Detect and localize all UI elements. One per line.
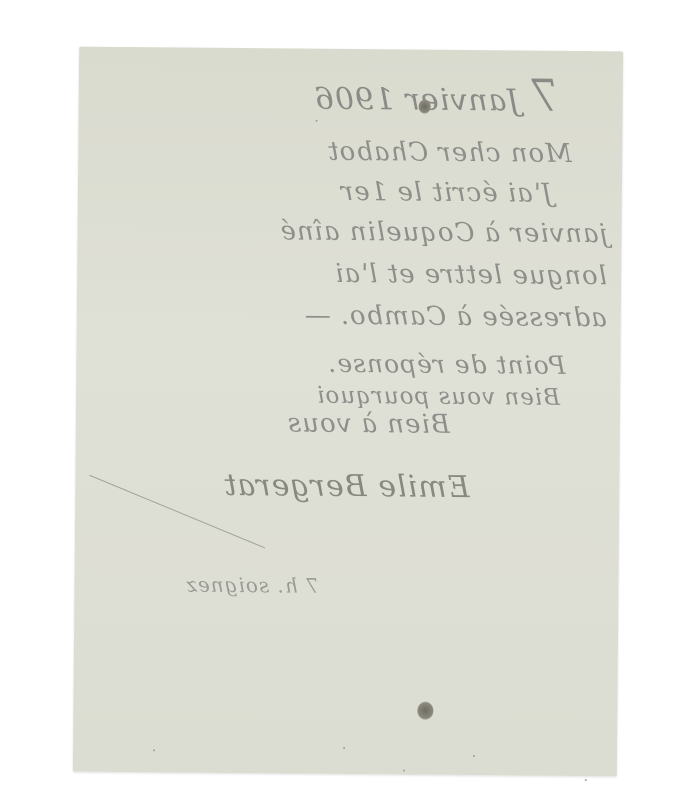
paper-speck — [153, 749, 155, 751]
date-day: 7 — [530, 71, 559, 122]
ink-blot-top — [419, 100, 431, 114]
pencil-note: 7 h. soignez — [185, 573, 319, 598]
photo-stage: 7 Janvier 1906 Mon cher Chabot J'ai écri… — [0, 0, 700, 800]
body-line: Point de réponse. — [327, 349, 565, 380]
date-month-year: Janvier 1906 — [313, 82, 519, 119]
paper-speck — [343, 747, 345, 749]
body-line: Bien vous pourquoi — [316, 383, 560, 411]
letter-paper: 7 Janvier 1906 Mon cher Chabot J'ai écri… — [73, 47, 623, 777]
body-line: janvier à Coquelin aîné — [279, 216, 607, 249]
salutation-line: Mon cher Chabot — [328, 137, 573, 169]
signature: Emile Bergerat — [223, 468, 470, 505]
paper-speck — [473, 755, 475, 757]
paper-speck — [585, 779, 587, 781]
paper-speck — [403, 769, 405, 771]
letter-date: 7 Janvier 1906 — [313, 69, 559, 122]
paper-speck — [316, 120, 318, 122]
body-line: J'ai écrit le 1er — [339, 177, 552, 209]
body-line: longue lettre et l'ai — [334, 259, 607, 291]
paper-speck — [518, 227, 520, 229]
ink-blot-bottom — [417, 702, 433, 720]
closing-line: Bien à vous — [287, 408, 450, 439]
body-line: adressée à Cambo. — — [304, 301, 607, 334]
